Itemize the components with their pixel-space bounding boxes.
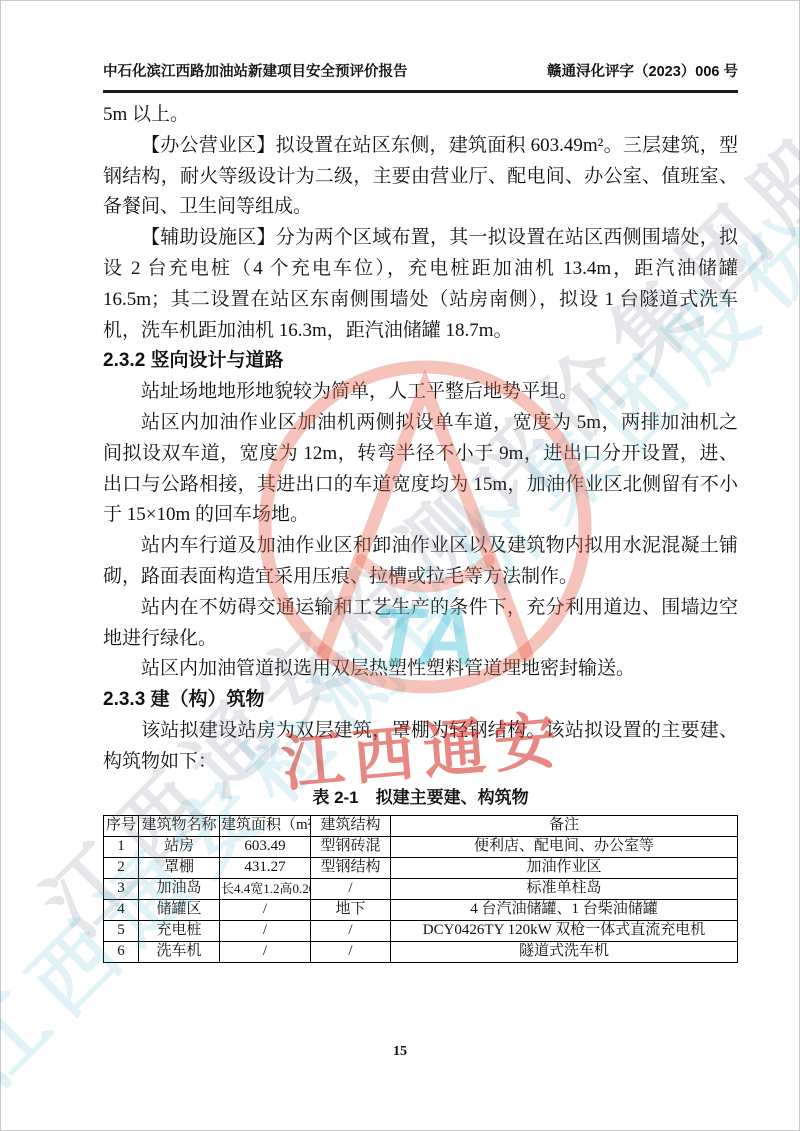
paragraph-continued: 5m 以上。 — [103, 100, 738, 131]
table-cell: 603.49 — [220, 836, 311, 857]
table-cell: 4 — [104, 899, 139, 920]
table-cell: 6 — [104, 941, 139, 962]
document-body: 5m 以上。 【办公营业区】拟设置在站区东侧，建筑面积 603.49m²。三层建… — [103, 100, 738, 963]
buildings-table: 序号 建筑物名称 建筑面积（m²） 建筑结构 备注 1 站房 603.49 型钢… — [103, 815, 738, 963]
table-header-cell: 建筑结构 — [311, 815, 391, 836]
table-cell: 加油岛 — [139, 878, 220, 899]
table-cell: 地下 — [311, 899, 391, 920]
table-cell: 长4.4宽1.2高0.20 — [220, 878, 311, 899]
table-cell: 加油作业区 — [391, 857, 738, 878]
paragraph-office-area: 【办公营业区】拟设置在站区东侧，建筑面积 603.49m²。三层建筑，型钢结构，… — [103, 131, 738, 223]
table-header-cell: 建筑物名称 — [139, 815, 220, 836]
table-cell: 站房 — [139, 836, 220, 857]
table-cell: 型钢砖混 — [311, 836, 391, 857]
section-heading-232: 2.3.2 竖向设计与道路 — [103, 346, 738, 377]
table-row: 6 洗车机 / / 隧道式洗车机 — [104, 941, 738, 962]
table-cell: 储罐区 — [139, 899, 220, 920]
page-number: 15 — [0, 1044, 800, 1060]
section-heading-233: 2.3.3 建（构）筑物 — [103, 685, 738, 716]
table-row: 2 罩棚 431.27 型钢结构 加油作业区 — [104, 857, 738, 878]
table-cell: / — [220, 899, 311, 920]
table-title: 表 2-1 拟建主要建、构筑物 — [103, 787, 738, 809]
table-cell: 431.27 — [220, 857, 311, 878]
table-cell: / — [220, 941, 311, 962]
paragraph-greening: 站内在不妨碍交通运输和工艺生产的条件下，充分利用道边、围墙边空地进行绿化。 — [103, 593, 738, 655]
paragraph-auxiliary-area: 【辅助设施区】分为两个区域布置，其一拟设置在站区西侧围墙处，拟设 2 台充电桩（… — [103, 223, 738, 346]
table-row: 4 储罐区 / 地下 4 台汽油储罐、1 台柴油储罐 — [104, 899, 738, 920]
table-cell: 充电桩 — [139, 920, 220, 941]
table-cell: / — [311, 920, 391, 941]
table-row: 1 站房 603.49 型钢砖混 便利店、配电间、办公室等 — [104, 836, 738, 857]
table-header-row: 序号 建筑物名称 建筑面积（m²） 建筑结构 备注 — [104, 815, 738, 836]
table-row: 3 加油岛 长4.4宽1.2高0.20 / 标准单柱岛 — [104, 878, 738, 899]
paragraph-pavement: 站内车行道及加油作业区和卸油作业区以及建筑物内拟用水泥混凝土铺砌，路面表面构造宜… — [103, 531, 738, 593]
paragraph-pipeline: 站区内加油管道拟选用双层热塑性塑料管道埋地密封输送。 — [103, 654, 738, 685]
table-cell: 3 — [104, 878, 139, 899]
table-cell: 洗车机 — [139, 941, 220, 962]
table-header-cell: 序号 — [104, 815, 139, 836]
header-document-number: 赣通浔化评字（2023）006 号 — [547, 60, 738, 81]
table-row: 5 充电桩 / / DCY0426TY 120kW 双枪一体式直流充电机 — [104, 920, 738, 941]
table-cell: 便利店、配电间、办公室等 — [391, 836, 738, 857]
table-cell: 2 — [104, 857, 139, 878]
table-cell: 标准单柱岛 — [391, 878, 738, 899]
table-header-cell: 建筑面积（m²） — [220, 815, 311, 836]
table-cell: 隧道式洗车机 — [391, 941, 738, 962]
document-page: 中石化滨江西路加油站新建项目安全预评价报告 赣通浔化评字（2023）006 号 … — [0, 0, 800, 1131]
table-cell: / — [311, 878, 391, 899]
paragraph-lanes: 站区内加油作业区加油机两侧拟设单车道，宽度为 5m，两排加油机之间拟设双车道，宽… — [103, 408, 738, 531]
table-cell: / — [220, 920, 311, 941]
table-cell: 4 台汽油储罐、1 台柴油储罐 — [391, 899, 738, 920]
table-cell: DCY0426TY 120kW 双枪一体式直流充电机 — [391, 920, 738, 941]
table-cell: 1 — [104, 836, 139, 857]
table-cell: 5 — [104, 920, 139, 941]
header-report-title: 中石化滨江西路加油站新建项目安全预评价报告 — [103, 60, 408, 81]
paragraph-buildings: 该站拟建设站房为双层建筑，罩棚为轻钢结构。该站拟设置的主要建、构筑物如下： — [103, 716, 738, 778]
table-header-cell: 备注 — [391, 815, 738, 836]
table-cell: 型钢结构 — [311, 857, 391, 878]
paragraph-terrain: 站址场地地形地貌较为简单，人工平整后地势平坦。 — [103, 377, 738, 408]
table-cell: 罩棚 — [139, 857, 220, 878]
table-cell: / — [311, 941, 391, 962]
page-header: 中石化滨江西路加油站新建项目安全预评价报告 赣通浔化评字（2023）006 号 — [103, 60, 738, 93]
